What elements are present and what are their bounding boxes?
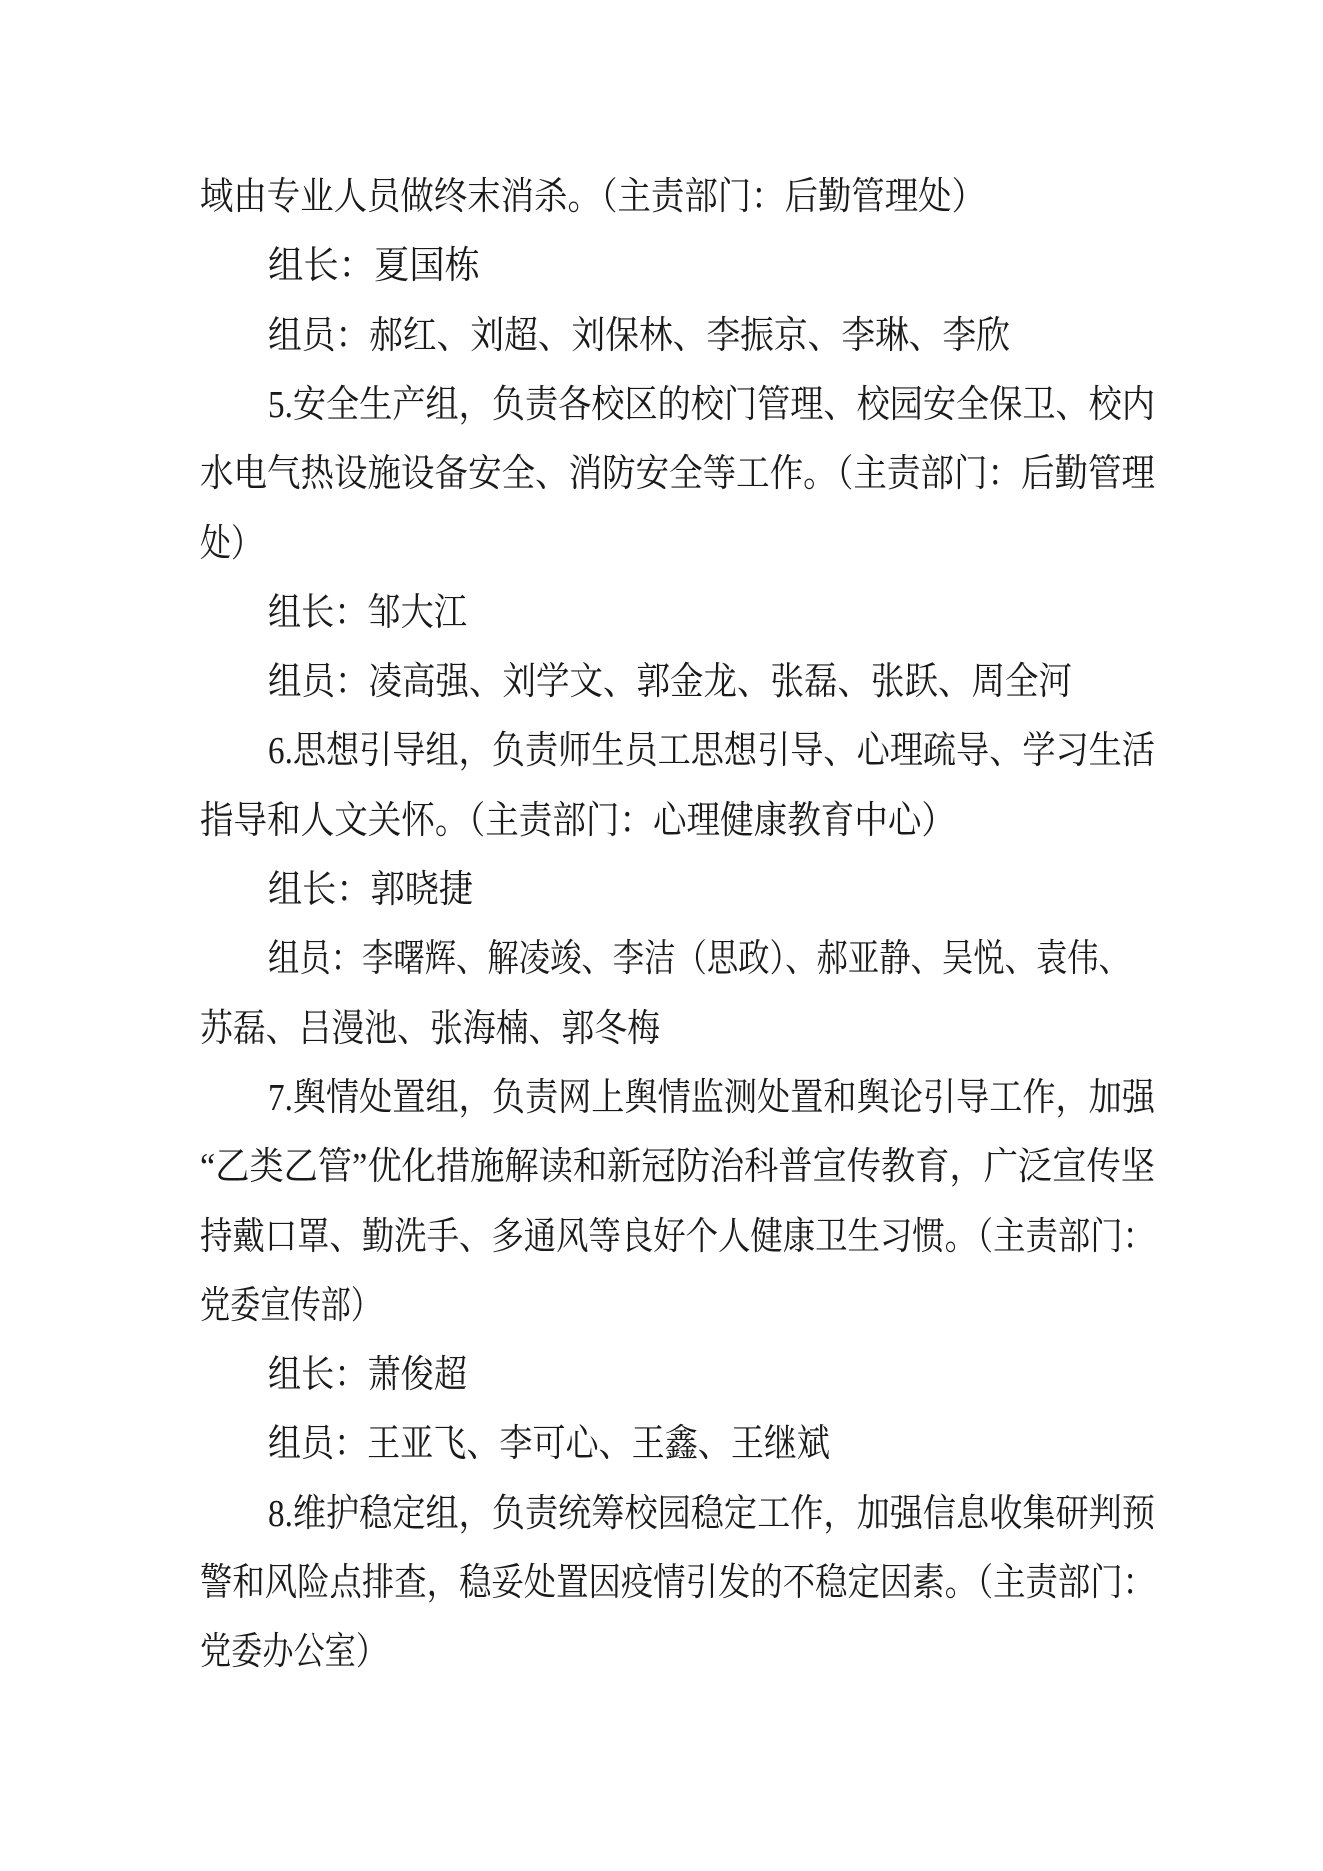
- text-line: 组长：郭晓捷: [268, 867, 496, 913]
- text-line: 8.维护稳定组，负责统筹校园稳定工作，加强信息收集研判预: [268, 1491, 1285, 1537]
- text-line: 党委宣传部）: [200, 1283, 428, 1329]
- text-line-content: 组长：夏国栋: [268, 243, 480, 289]
- text-line: 组员：凌高强、刘学文、郭金龙、张磊、张跃、周全河: [268, 659, 1180, 705]
- text-line-content: 组长：邹大江: [268, 590, 467, 636]
- text-line-content: 6.思想引导组，负责师生员工思想引导、心理疏导、学习生活: [268, 728, 1155, 774]
- text-line: “乙类乙管”优化措施解读和新冠防治科普宣传教育，广泛宣传坚: [200, 1144, 1260, 1190]
- text-line-content: 党委宣传部）: [200, 1283, 381, 1329]
- text-line-content: 域由专业人员做终末消杀。（主责部门：后勤管理处）: [200, 174, 985, 220]
- text-line-content: 组员：李曙辉、解凌竣、李洁（思政）、郝亚静、吴悦、袁伟、: [268, 936, 1130, 982]
- text-line: 组长：萧俊超: [268, 1352, 496, 1398]
- text-line: 水电气热设施设备安全、消防安全等工作。（主责部门：后勤管理: [200, 451, 1283, 497]
- text-line: 6.思想引导组，负责师生员工思想引导、心理疏导、学习生活: [268, 728, 1285, 774]
- text-line-content: 党委办公室）: [200, 1629, 387, 1675]
- text-line-content: 8.维护稳定组，负责统筹校园稳定工作，加强信息收集研判预: [268, 1491, 1155, 1537]
- text-line: 苏磊、吕漫池、张海楠、郭冬梅: [200, 1006, 732, 1052]
- text-line-content: 警和风险点排查，稳妥处置因疫情引发的不稳定因素。（主责部门：: [200, 1560, 1155, 1606]
- text-line-content: 7.舆情处置组，负责网上舆情监测处置和舆论引导工作，加强: [268, 1075, 1155, 1121]
- text-line-content: 组员：郝红、刘超、刘保林、李振京、李琳、李欣: [268, 313, 1010, 359]
- text-line-content: 水电气热设施设备安全、消防安全等工作。（主责部门：后勤管理: [200, 451, 1155, 497]
- text-line: 7.舆情处置组，负责网上舆情监测处置和舆论引导工作，加强: [268, 1075, 1285, 1121]
- text-line-content: 组长：郭晓捷: [268, 867, 473, 913]
- text-line-content: 苏磊、吕漫池、张海楠、郭冬梅: [200, 1006, 660, 1052]
- text-line-content: 5.安全生产组，负责各校区的校门管理、校园安全保卫、校内: [268, 382, 1155, 428]
- text-line: 域由专业人员做终末消杀。（主责部门：后勤管理处）: [200, 174, 1093, 220]
- text-line: 组长：邹大江: [268, 590, 496, 636]
- text-line-content: 组长：萧俊超: [268, 1352, 467, 1398]
- text-line-content: 组员：王亚飞、李可心、王鑫、王继斌: [268, 1421, 830, 1467]
- text-line: 处）: [200, 521, 276, 567]
- text-line: 5.安全生产组，负责各校区的校门管理、校园安全保卫、校内: [268, 382, 1285, 428]
- text-line-content: 持戴口罩、勤洗手、多通风等良好个人健康卫生习惯。（主责部门：: [200, 1214, 1155, 1260]
- text-line: 警和风险点排查，稳妥处置因疫情引发的不稳定因素。（主责部门：: [200, 1560, 1321, 1606]
- text-line: 组员：王亚飞、李可心、王鑫、王继斌: [268, 1421, 914, 1467]
- text-line-content: 指导和人文关怀。（主责部门：心理健康教育中心）: [200, 798, 955, 844]
- text-line-content: 组员：凌高强、刘学文、郭金龙、张磊、张跃、周全河: [268, 659, 1072, 705]
- text-line-content: “乙类乙管”优化措施解读和新冠防治科普宣传教育，广泛宣传坚: [200, 1144, 1155, 1190]
- text-line: 持戴口罩、勤洗手、多通风等良好个人健康卫生习惯。（主责部门：: [200, 1214, 1321, 1260]
- text-line: 组员：李曙辉、解凌竣、李洁（思政）、郝亚静、吴悦、袁伟、: [268, 936, 1313, 982]
- document-page: 域由专业人员做终末消杀。（主责部门：后勤管理处）组长：夏国栋组员：郝红、刘超、刘…: [0, 0, 1323, 1871]
- text-line: 党委办公室）: [200, 1629, 428, 1675]
- text-line-content: 处）: [200, 521, 262, 567]
- text-line: 指导和人文关怀。（主责部门：心理健康教育中心）: [200, 798, 1055, 844]
- text-line: 组员：郝红、刘超、刘保林、李振京、李琳、李欣: [268, 313, 1104, 359]
- text-line: 组长：夏国栋: [268, 243, 496, 289]
